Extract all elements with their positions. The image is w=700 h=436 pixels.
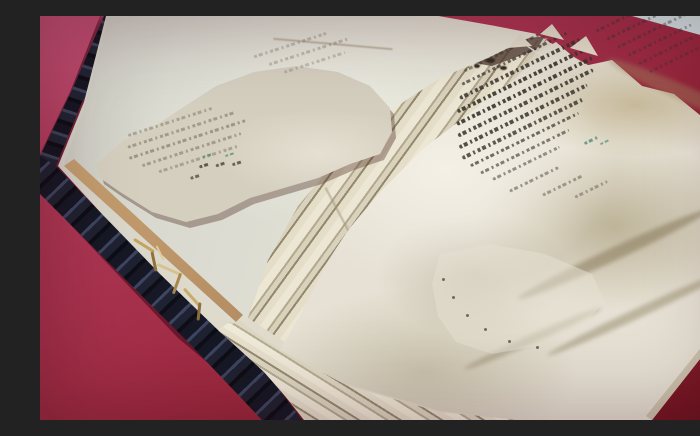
- green-script-line: [225, 152, 234, 157]
- scrap-speck-2: [452, 296, 455, 299]
- ink-script-line: [574, 180, 608, 198]
- thread-2: [150, 251, 157, 271]
- scrap-speck-5: [508, 340, 511, 343]
- scrap-speck-3: [466, 314, 469, 317]
- green-script-line: [584, 135, 600, 145]
- thread-7: [156, 245, 165, 260]
- thread-6: [197, 302, 202, 320]
- speck-script-line: [199, 162, 211, 169]
- scrap-speck-1: [442, 278, 445, 281]
- ink-script-line: [649, 46, 700, 73]
- green-script-line: [600, 139, 611, 146]
- scrap-speck-6: [536, 346, 539, 349]
- thread-4: [172, 273, 182, 295]
- speck-script-line: [190, 174, 200, 180]
- photo-manuscript-on-red-cloth: [40, 16, 700, 420]
- scrap-speck-4: [484, 328, 487, 331]
- speck-script-line: [232, 160, 244, 167]
- speck-script-line: [215, 161, 225, 167]
